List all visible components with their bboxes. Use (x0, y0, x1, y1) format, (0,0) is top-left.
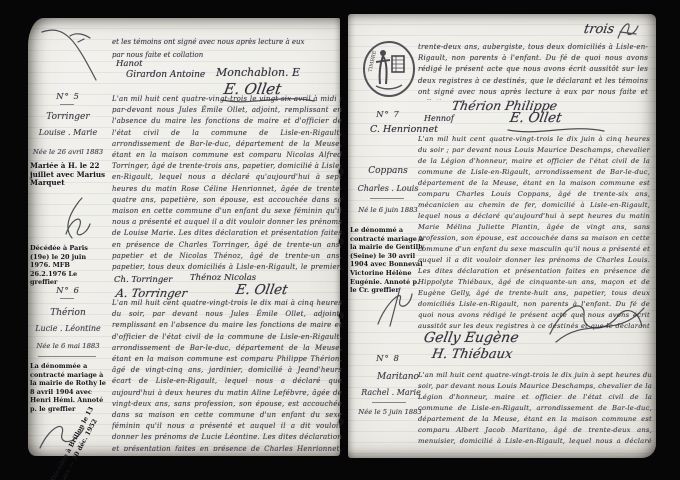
pen-stroke-flourish (32, 22, 110, 92)
signature-girardon: Girardon Antoine (126, 70, 205, 80)
folio-number: trois (583, 22, 616, 37)
register-page-right: trois TIMBRE trente-deux ans, aubergiste… (348, 14, 656, 458)
act6-margin-firstnames: Lucie . Léontine (28, 324, 108, 333)
act5-body-text: L'an mil huit cent quatre-vingt-trois le… (112, 94, 342, 274)
registry-scan: { "folio": "trois", "stamp_text": "TIMBR… (0, 0, 680, 480)
prev-act-closing-line-1: et les témoins ont signé avec nous après… (112, 38, 342, 46)
act5-death-annotation: Décédée à Paris (19e) le 20 juin 1976. M… (30, 244, 106, 287)
act5-annotation-paraph (52, 194, 94, 240)
folio-paraph (614, 18, 640, 42)
act6-continuation-text: trente-deux ans, aubergiste, tous deux d… (418, 42, 648, 100)
revenue-stamp: TIMBRE (362, 40, 416, 98)
act7-margin-birthdate: Né le 6 juin 1883 (348, 206, 428, 214)
binding-stitch (339, 238, 344, 245)
act5-margin-name: Torringer (32, 112, 104, 122)
act5-signature-ch-torringer: Ch. Torringer (114, 275, 172, 285)
binding-stitch (339, 312, 344, 319)
act6-margin-birthdate: Née le 6 mai 1883 (28, 342, 108, 350)
act8-body-text: L'an mil huit cent quatre-vingt-trois le… (418, 370, 652, 445)
act6-signature-ollet: E. Ollet (509, 110, 563, 126)
act7-annotation-paraph (370, 282, 416, 328)
act6-margin-name: Thérion (32, 308, 104, 318)
act5-signature-ollet: E. Ollet (235, 282, 289, 298)
act7-signature-thiebaux: H. Thiébaux (431, 347, 514, 362)
act5-margin-birthdate: Née le 26 avril 1883 (28, 148, 108, 156)
binding-stitch (339, 168, 344, 175)
act5-marriage-annotation: Mariée à H. le 22 juillet avec Marius Ma… (30, 162, 108, 188)
act7-margin-firstnames: Charles . Louis (348, 184, 428, 193)
signature-monchablon: Monchablon. E (216, 66, 300, 79)
act7-signature-gelly: Gelly Eugène (423, 330, 520, 346)
act7-margin-number: N° 7 (358, 110, 418, 120)
act5-margin-firstnames: Louise . Marie (28, 128, 108, 137)
prev-act-closing-line-2: par nous faite et collation (112, 51, 272, 59)
act6-margin-number: N° 6 (36, 286, 100, 296)
act6-body-text: L'an mil huit cent quatre-vingt-trois le… (112, 298, 342, 451)
signature-hanot: Hanot (116, 59, 143, 69)
act7-mayor-paraph (544, 294, 650, 352)
act7-margin-name: Coppans (354, 166, 422, 176)
act6-signature-hennof: Hennof (424, 114, 454, 123)
act8-margin-number: N° 8 (358, 354, 418, 364)
binding-stitch (339, 418, 344, 425)
act5-margin-number: N° 5 (36, 92, 100, 102)
revenue-stamp-graphic: TIMBRE (362, 40, 416, 98)
register-page-left: et les témoins ont signé avec nous après… (28, 18, 340, 456)
